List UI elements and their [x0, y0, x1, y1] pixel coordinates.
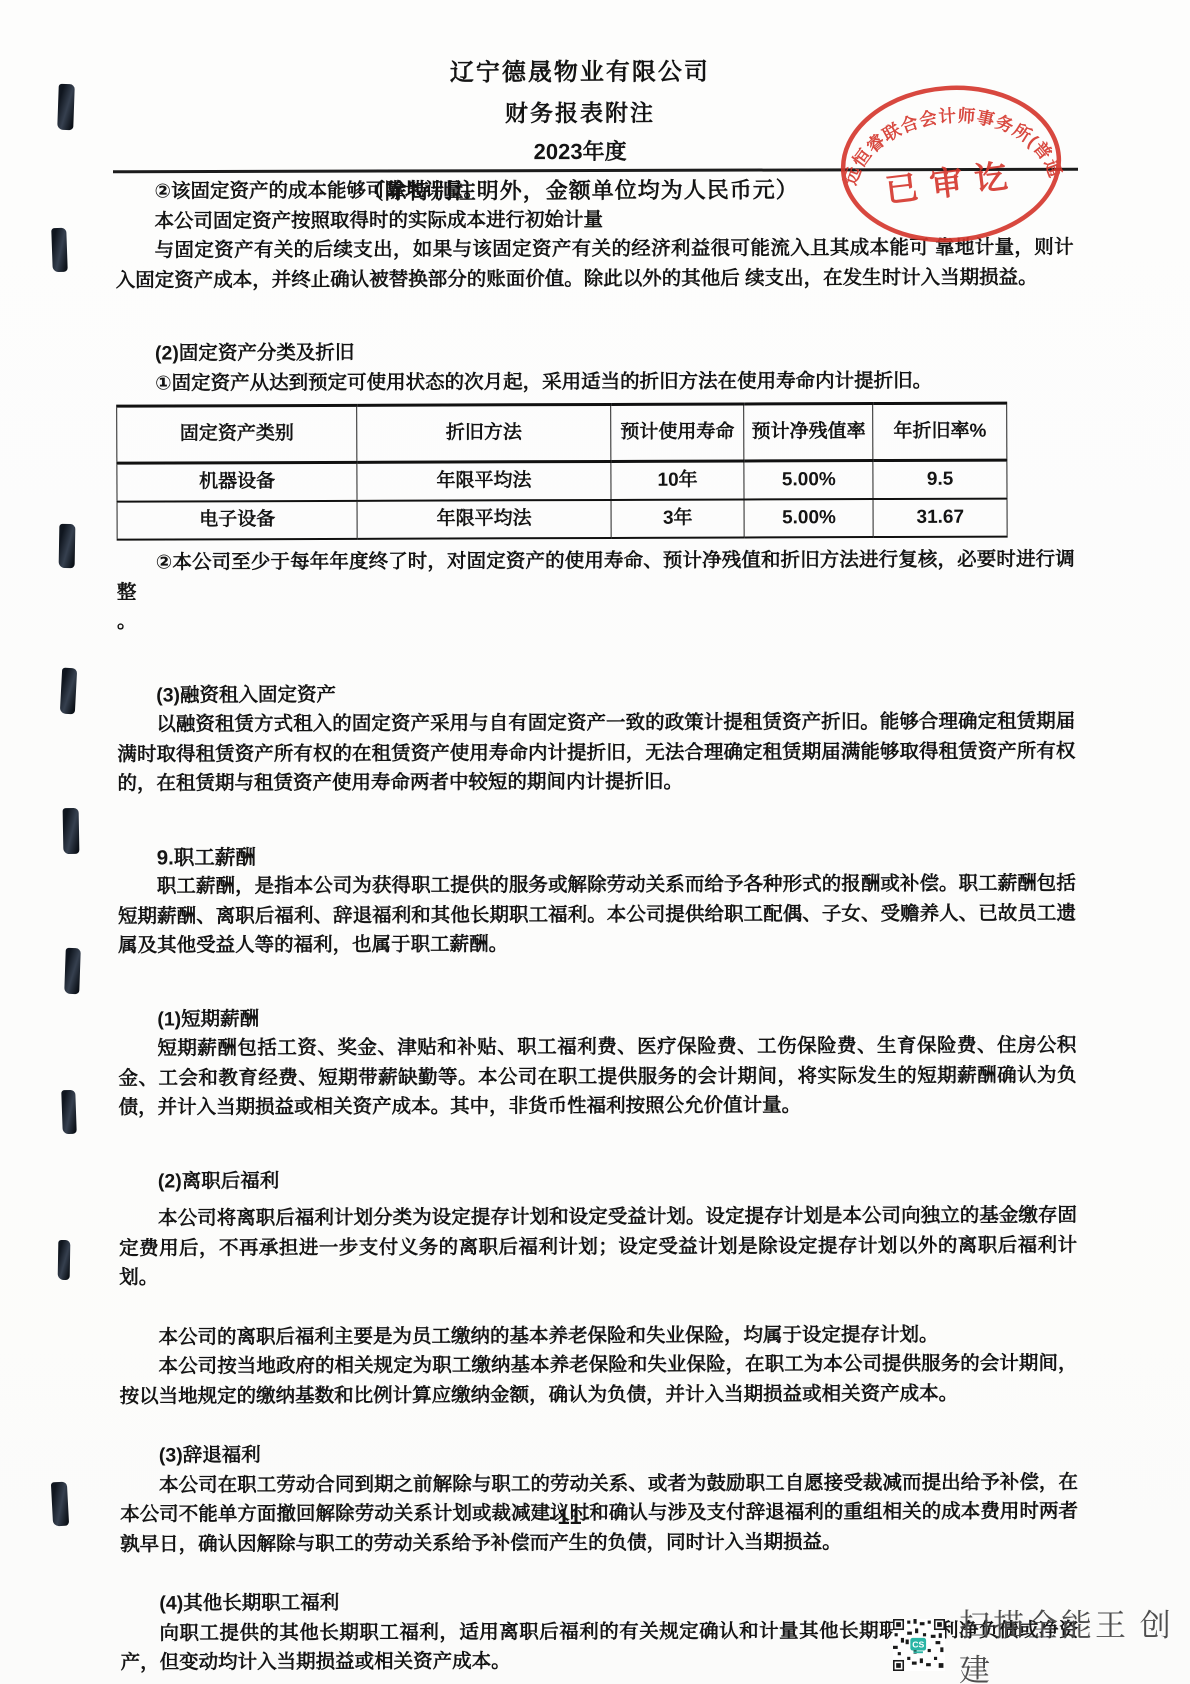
scanner-watermark-text: 扫描全能王 创建 — [959, 1600, 1190, 1684]
binding-mark — [61, 1090, 77, 1134]
col-header-asset-class: 固定资产类别 — [117, 405, 357, 463]
cell-annual-rate: 9.5 — [873, 460, 1007, 499]
binding-mark — [58, 1240, 71, 1280]
para-post-employment-2: 本公司的离职后福利主要是为员工缴纳的基本养老保险和失业保险，均属于设定提存计划。 — [119, 1320, 1077, 1353]
cell-annual-rate: 31.67 — [873, 499, 1007, 537]
scanner-watermark: CS 扫描全能王 创建 — [893, 1600, 1190, 1684]
heading-termination-benefits: (3)辞退福利 — [120, 1438, 1078, 1471]
para-post-employment-1: 本公司将离职后福利计划分类为设定提存计划和设定受益计划。设定提存计划是本公司向独… — [119, 1201, 1077, 1293]
col-header-residual-rate: 预计净残值率 — [744, 404, 873, 461]
heading-finance-lease: (3)融资租入固定资产 — [117, 678, 1075, 711]
col-header-useful-life: 预计使用寿命 — [611, 404, 745, 461]
cell-useful-life: 10年 — [611, 461, 745, 500]
para-employee-comp-intro: 职工薪酬，是指本公司为获得职工提供的服务或解除劳动关系而给予各种形式的报酬或补偿… — [118, 869, 1076, 961]
cell-method: 年限平均法 — [357, 461, 611, 500]
document-body: ②该固定资产的成本能够可靠地计量。 本公司固定资产按照取得时的实际成本进行初始计… — [115, 174, 1078, 1678]
col-header-annual-rate: 年折旧率% — [873, 403, 1007, 460]
cell-asset-class: 电子设备 — [117, 501, 357, 540]
heading-short-term-comp: (1)短期薪酬 — [118, 1002, 1076, 1035]
cell-residual-rate: 5.00% — [744, 499, 873, 537]
binding-mark — [63, 808, 80, 854]
para-finance-lease: 以融资租赁方式租入的固定资产采用与自有固定资产一致的政策计提租赁资产折旧。能够合… — [117, 707, 1075, 799]
page-number: -11- — [0, 1504, 1140, 1530]
binding-mark — [60, 668, 77, 715]
para-depreciation-review: ②本公司至少于每年年度终了时，对固定资产的使用寿命、预计净残值和折旧方法进行复核… — [117, 545, 1075, 607]
audit-stamp-seal-icon: 远恒睿联合会计师事务所(普通合伙) 已审讫 — [831, 74, 1072, 254]
depreciation-table: 固定资产类别 折旧方法 预计使用寿命 预计净残值率 年折旧率% 机器设备 年限平… — [116, 402, 1007, 541]
qr-center-label: CS — [912, 1640, 924, 1650]
stamp-center-text: 已审讫 — [883, 156, 1022, 209]
para-depreciation-start: ①固定资产从达到预定可使用状态的次月起，采用适当的折旧方法在使用寿命内计提折旧。 — [116, 366, 1074, 399]
cell-method: 年限平均法 — [357, 500, 611, 539]
cell-residual-rate: 5.00% — [744, 461, 873, 500]
qr-code-icon: CS — [893, 1617, 945, 1673]
cell-asset-class: 机器设备 — [117, 462, 357, 501]
heading-fixed-asset-classification: (2)固定资产分类及折旧 — [116, 336, 1074, 369]
binding-mark — [59, 524, 76, 568]
para-review-period-mark: 。 — [117, 604, 1075, 637]
para-short-term-comp: 短期薪酬包括工资、奖金、津贴和补贴、职工福利费、医疗保险费、工伤保险费、生育保险… — [118, 1031, 1076, 1123]
heading-employee-compensation: 9.职工薪酬 — [118, 840, 1076, 873]
scanned-document-page: 辽宁德晟物业有限公司 财务报表附注 2023年度 （除特别注明外，金额单位均为人… — [0, 0, 1190, 1684]
heading-post-employment-benefits: (2)离职后福利 — [119, 1164, 1077, 1197]
table-row: 电子设备 年限平均法 3年 5.00% 31.67 — [117, 499, 1007, 540]
para-post-employment-3: 本公司按当地政府的相关规定为职工缴纳基本养老保险和失业保险，在职工为本公司提供服… — [119, 1349, 1077, 1411]
cell-useful-life: 3年 — [611, 499, 745, 537]
binding-mark — [64, 948, 81, 994]
binding-mark — [51, 228, 68, 272]
table-row: 机器设备 年限平均法 10年 5.00% 9.5 — [117, 460, 1007, 502]
audit-stamp: 远恒睿联合会计师事务所(普通合伙) 已审讫 — [831, 74, 1072, 254]
table-header-row: 固定资产类别 折旧方法 预计使用寿命 预计净残值率 年折旧率% — [117, 403, 1007, 463]
col-header-method: 折旧方法 — [357, 404, 611, 462]
